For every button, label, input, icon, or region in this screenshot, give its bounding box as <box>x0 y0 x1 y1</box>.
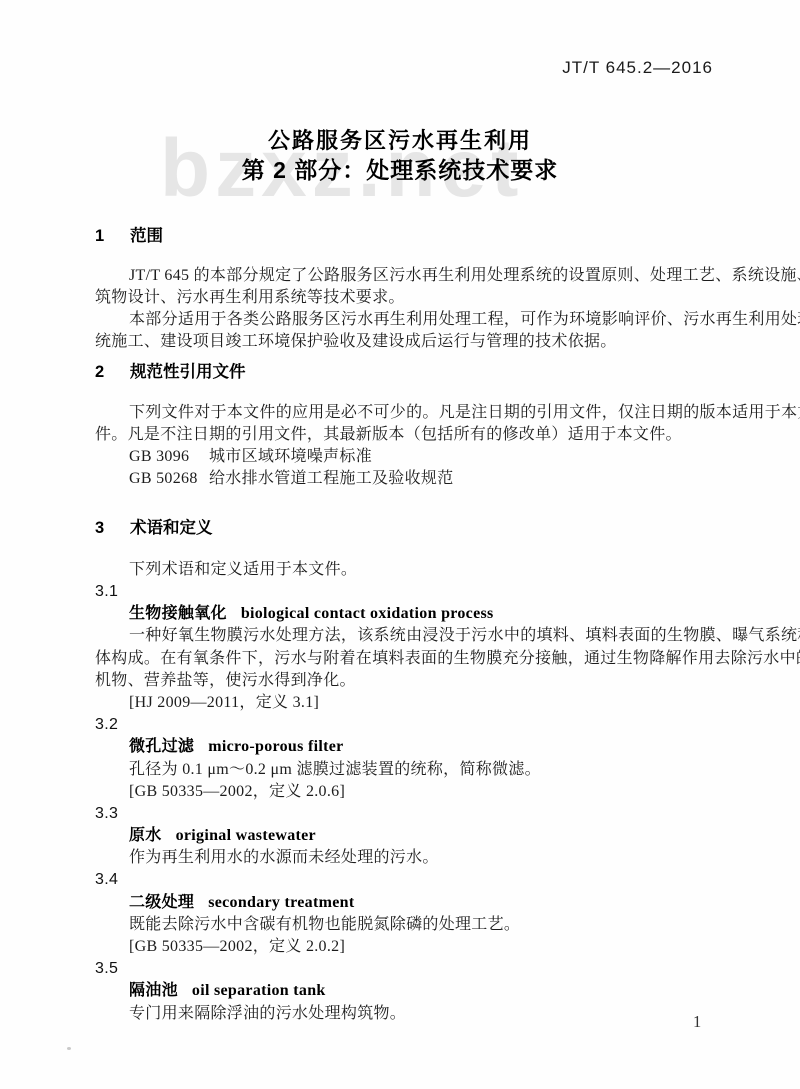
reference-item: GB 3096城市区域环境噪声标准 <box>95 446 715 468</box>
document-page: bzxz.net JT/T 645.2—2016 公路服务区污水再生利用 第 2… <box>0 0 800 1089</box>
term-title: 二级处理secondary treatment <box>95 892 715 914</box>
term-citation: [GB 50335—2002，定义 2.0.6] <box>95 781 715 803</box>
section-1-heading: 1范围 <box>95 225 715 247</box>
term-english: original wastewater <box>176 827 316 844</box>
paragraph-line: JT/T 645 的本部分规定了公路服务区污水再生利用处理系统的设置原则、处理工… <box>95 265 715 287</box>
section-heading-text: 术语和定义 <box>130 519 213 537</box>
section-3-heading: 3术语和定义 <box>95 517 715 539</box>
paragraph-line: 筑物设计、污水再生利用系统等技术要求。 <box>95 287 715 309</box>
title-line-1: 公路服务区污水再生利用 <box>0 126 800 155</box>
reference-code: GB 3096 <box>129 446 209 468</box>
definition-line: 专门用来隔除浮油的污水处理构筑物。 <box>95 1003 715 1025</box>
term-title: 原水original wastewater <box>95 825 715 847</box>
reference-item: GB 50268给水排水管道工程施工及验收规范 <box>95 468 715 490</box>
term-number: 3.2 <box>95 714 715 736</box>
term-english: micro-porous filter <box>208 738 343 755</box>
section-number: 2 <box>95 361 130 383</box>
term-chinese: 微孔过滤 <box>129 738 194 755</box>
reference-title: 城市区域环境噪声标准 <box>209 448 372 465</box>
definition-line: 孔径为 0.1 μm～0.2 μm 滤膜过滤装置的统称，简称微滤。 <box>95 759 715 781</box>
paragraph-line: 本部分适用于各类公路服务区污水再生利用处理工程，可作为环境影响评价、污水再生利用… <box>95 309 715 331</box>
paragraph-line: 统施工、建设项目竣工环境保护验收及建设成后运行与管理的技术依据。 <box>95 331 715 353</box>
section-heading-text: 范围 <box>130 227 163 245</box>
term-title: 隔油池oil separation tank <box>95 980 715 1002</box>
term-english: oil separation tank <box>192 982 326 999</box>
standard-code: JT/T 645.2—2016 <box>562 58 713 78</box>
title-line-2: 第 2 部分：处理系统技术要求 <box>0 155 800 185</box>
term-chinese: 隔油池 <box>129 982 178 999</box>
term-number: 3.1 <box>95 581 715 603</box>
section-number: 1 <box>95 225 130 247</box>
term-title: 生物接触氧化biological contact oxidation proce… <box>95 603 715 625</box>
term-number: 3.4 <box>95 869 715 891</box>
document-title: 公路服务区污水再生利用 第 2 部分：处理系统技术要求 <box>0 126 800 185</box>
definition-line: 一种好氧生物膜污水处理方法，该系统由浸没于污水中的填料、填料表面的生物膜、曝气系… <box>95 625 715 647</box>
term-english: secondary treatment <box>208 894 354 911</box>
definition-line: 机物、营养盐等，使污水得到净化。 <box>95 670 715 692</box>
definition-line: 作为再生利用水的水源而未经处理的污水。 <box>95 847 715 869</box>
term-citation: [GB 50335—2002，定义 2.0.2] <box>95 936 715 958</box>
term-number: 3.5 <box>95 958 715 980</box>
section-number: 3 <box>95 517 130 539</box>
document-body: 1范围 JT/T 645 的本部分规定了公路服务区污水再生利用处理系统的设置原则… <box>95 225 715 1025</box>
term-number: 3.3 <box>95 803 715 825</box>
term-title: 微孔过滤micro-porous filter <box>95 736 715 758</box>
definition-line: 体构成。在有氧条件下，污水与附着在填料表面的生物膜充分接触，通过生物降解作用去除… <box>95 648 715 670</box>
paragraph-line: 件。凡是不注日期的引用文件，其最新版本（包括所有的修改单）适用于本文件。 <box>95 424 715 446</box>
definition-line: 既能去除污水中含碳有机物也能脱氮除磷的处理工艺。 <box>95 914 715 936</box>
paragraph-line: 下列文件对于本文件的应用是必不可少的。凡是注日期的引用文件，仅注日期的版本适用于… <box>95 402 715 424</box>
scan-artifact <box>67 1047 71 1050</box>
reference-title: 给水排水管道工程施工及验收规范 <box>209 470 454 487</box>
term-english: biological contact oxidation process <box>241 605 494 622</box>
reference-code: GB 50268 <box>129 468 209 490</box>
term-chinese: 二级处理 <box>129 894 194 911</box>
term-citation: [HJ 2009—2011，定义 3.1] <box>95 692 715 714</box>
term-chinese: 原水 <box>129 827 162 844</box>
page-number: 1 <box>693 1012 701 1032</box>
section-2-heading: 2规范性引用文件 <box>95 361 715 383</box>
terms-intro: 下列术语和定义适用于本文件。 <box>95 559 715 581</box>
section-heading-text: 规范性引用文件 <box>130 363 246 381</box>
term-chinese: 生物接触氧化 <box>129 605 227 622</box>
